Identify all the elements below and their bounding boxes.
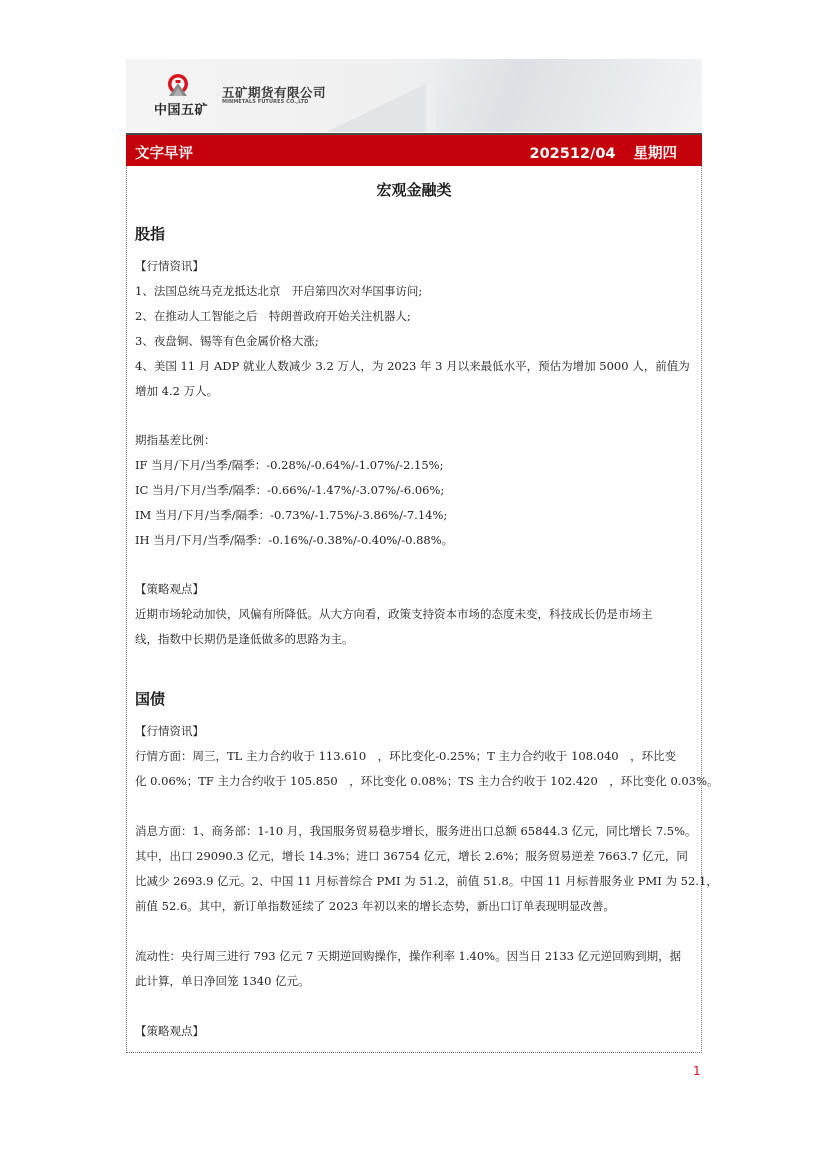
stock-index-heading: 股指 [135, 223, 165, 244]
treasury-strategy: 【策略观点】 [135, 1019, 697, 1044]
strategy-label: 【策略观点】 [135, 1019, 697, 1044]
treasury-liquidity: 流动性：央行周三进行 793 亿元 7 天期逆回购操作，操作利率 1.40%。因… [135, 944, 697, 994]
report-title: 文字早评 [135, 142, 193, 163]
news-item: 2、在推动人工智能之后 特朗普政府开始关注机器人; [135, 304, 697, 329]
basis-row: IM 当月/下月/当季/隔季：-0.73%/-1.75%/-3.86%/-7.1… [135, 503, 697, 528]
news-label: 【行情资讯】 [135, 719, 697, 744]
news-label: 【行情资讯】 [135, 254, 697, 279]
liquidity-text: 流动性：央行周三进行 793 亿元 7 天期逆回购操作，操作利率 1.40%。因… [135, 944, 697, 969]
company-name-en: MINMETALS FUTURES CO.,LTD [222, 99, 308, 105]
market-text: 化 0.06%；TF 主力合约收于 105.850 ，环比变化 0.08%；TS… [135, 769, 697, 794]
basis-row: IF 当月/下月/当季/隔季：-0.28%/-0.64%/-1.07%/-2.1… [135, 453, 697, 478]
report-title-bar: 文字早评 202512/04星期四 [126, 133, 702, 166]
header-banner: 中国五矿 五矿期货有限公司 MINMETALS FUTURES CO.,LTD [126, 59, 702, 132]
liquidity-text: 此计算，单日净回笼 1340 亿元。 [135, 969, 697, 994]
page-number: 1 [693, 1064, 701, 1078]
basis-row: IH 当月/下月/当季/隔季：-0.16%/-0.38%/-0.40%/-0.8… [135, 528, 697, 553]
banner-decoration [326, 84, 426, 132]
stock-index-news: 【行情资讯】 1、法国总统马克龙抵达北京 开启第四次对华国事访问; 2、在推动人… [135, 254, 697, 404]
basis-row: IC 当月/下月/当季/隔季：-0.66%/-1.47%/-3.07%/-6.0… [135, 478, 697, 503]
strategy-text: 近期市场轮动加快，风偏有所降低。从大方向看，政策支持资本市场的态度未变，科技成长… [135, 602, 697, 627]
report-date-group: 202512/04星期四 [529, 142, 677, 163]
news-item: 4、美国 11 月 ADP 就业人数减少 3.2 万人，为 2023 年 3 月… [135, 354, 697, 379]
treasury-heading: 国债 [135, 688, 165, 709]
banner-building-image [436, 59, 702, 132]
news-item: 3、夜盘铜、锡等有色金属价格大涨; [135, 329, 697, 354]
strategy-label: 【策略观点】 [135, 577, 697, 602]
message-text: 前值 52.6。其中，新订单指数延续了 2023 年初以来的增长态势，新出口订单… [135, 894, 697, 919]
basis-label: 期指基差比例： [135, 428, 697, 453]
logo-text: 中国五矿 [154, 99, 208, 118]
message-text: 其中，出口 29090.3 亿元，增长 14.3%；进口 36754 亿元，增长… [135, 844, 697, 869]
section-title: 宏观金融类 [127, 179, 701, 200]
stock-index-strategy: 【策略观点】 近期市场轮动加快，风偏有所降低。从大方向看，政策支持资本市场的态度… [135, 577, 697, 652]
news-item: 增加 4.2 万人。 [135, 379, 697, 404]
minmetals-emblem-icon [166, 73, 190, 97]
strategy-text: 线，指数中长期仍是逢低做多的思路为主。 [135, 627, 697, 652]
treasury-market: 【行情资讯】 行情方面：周三，TL 主力合约收于 113.610 ，环比变化-0… [135, 719, 697, 794]
treasury-message: 消息方面：1、商务部：1-10 月，我国服务贸易稳步增长，服务进出口总额 658… [135, 819, 697, 919]
report-body: 宏观金融类 股指 【行情资讯】 1、法国总统马克龙抵达北京 开启第四次对华国事访… [126, 166, 702, 1053]
news-item: 1、法国总统马克龙抵达北京 开启第四次对华国事访问; [135, 279, 697, 304]
message-text: 消息方面：1、商务部：1-10 月，我国服务贸易稳步增长，服务进出口总额 658… [135, 819, 697, 844]
message-text: 比减少 2693.9 亿元。2、中国 11 月标普综合 PMI 为 51.2，前… [135, 869, 697, 894]
basis-ratio-block: 期指基差比例： IF 当月/下月/当季/隔季：-0.28%/-0.64%/-1.… [135, 428, 697, 553]
report-date: 202512/04 [529, 146, 615, 162]
report-weekday: 星期四 [634, 146, 678, 162]
market-text: 行情方面：周三，TL 主力合约收于 113.610 ，环比变化-0.25%；T … [135, 744, 697, 769]
